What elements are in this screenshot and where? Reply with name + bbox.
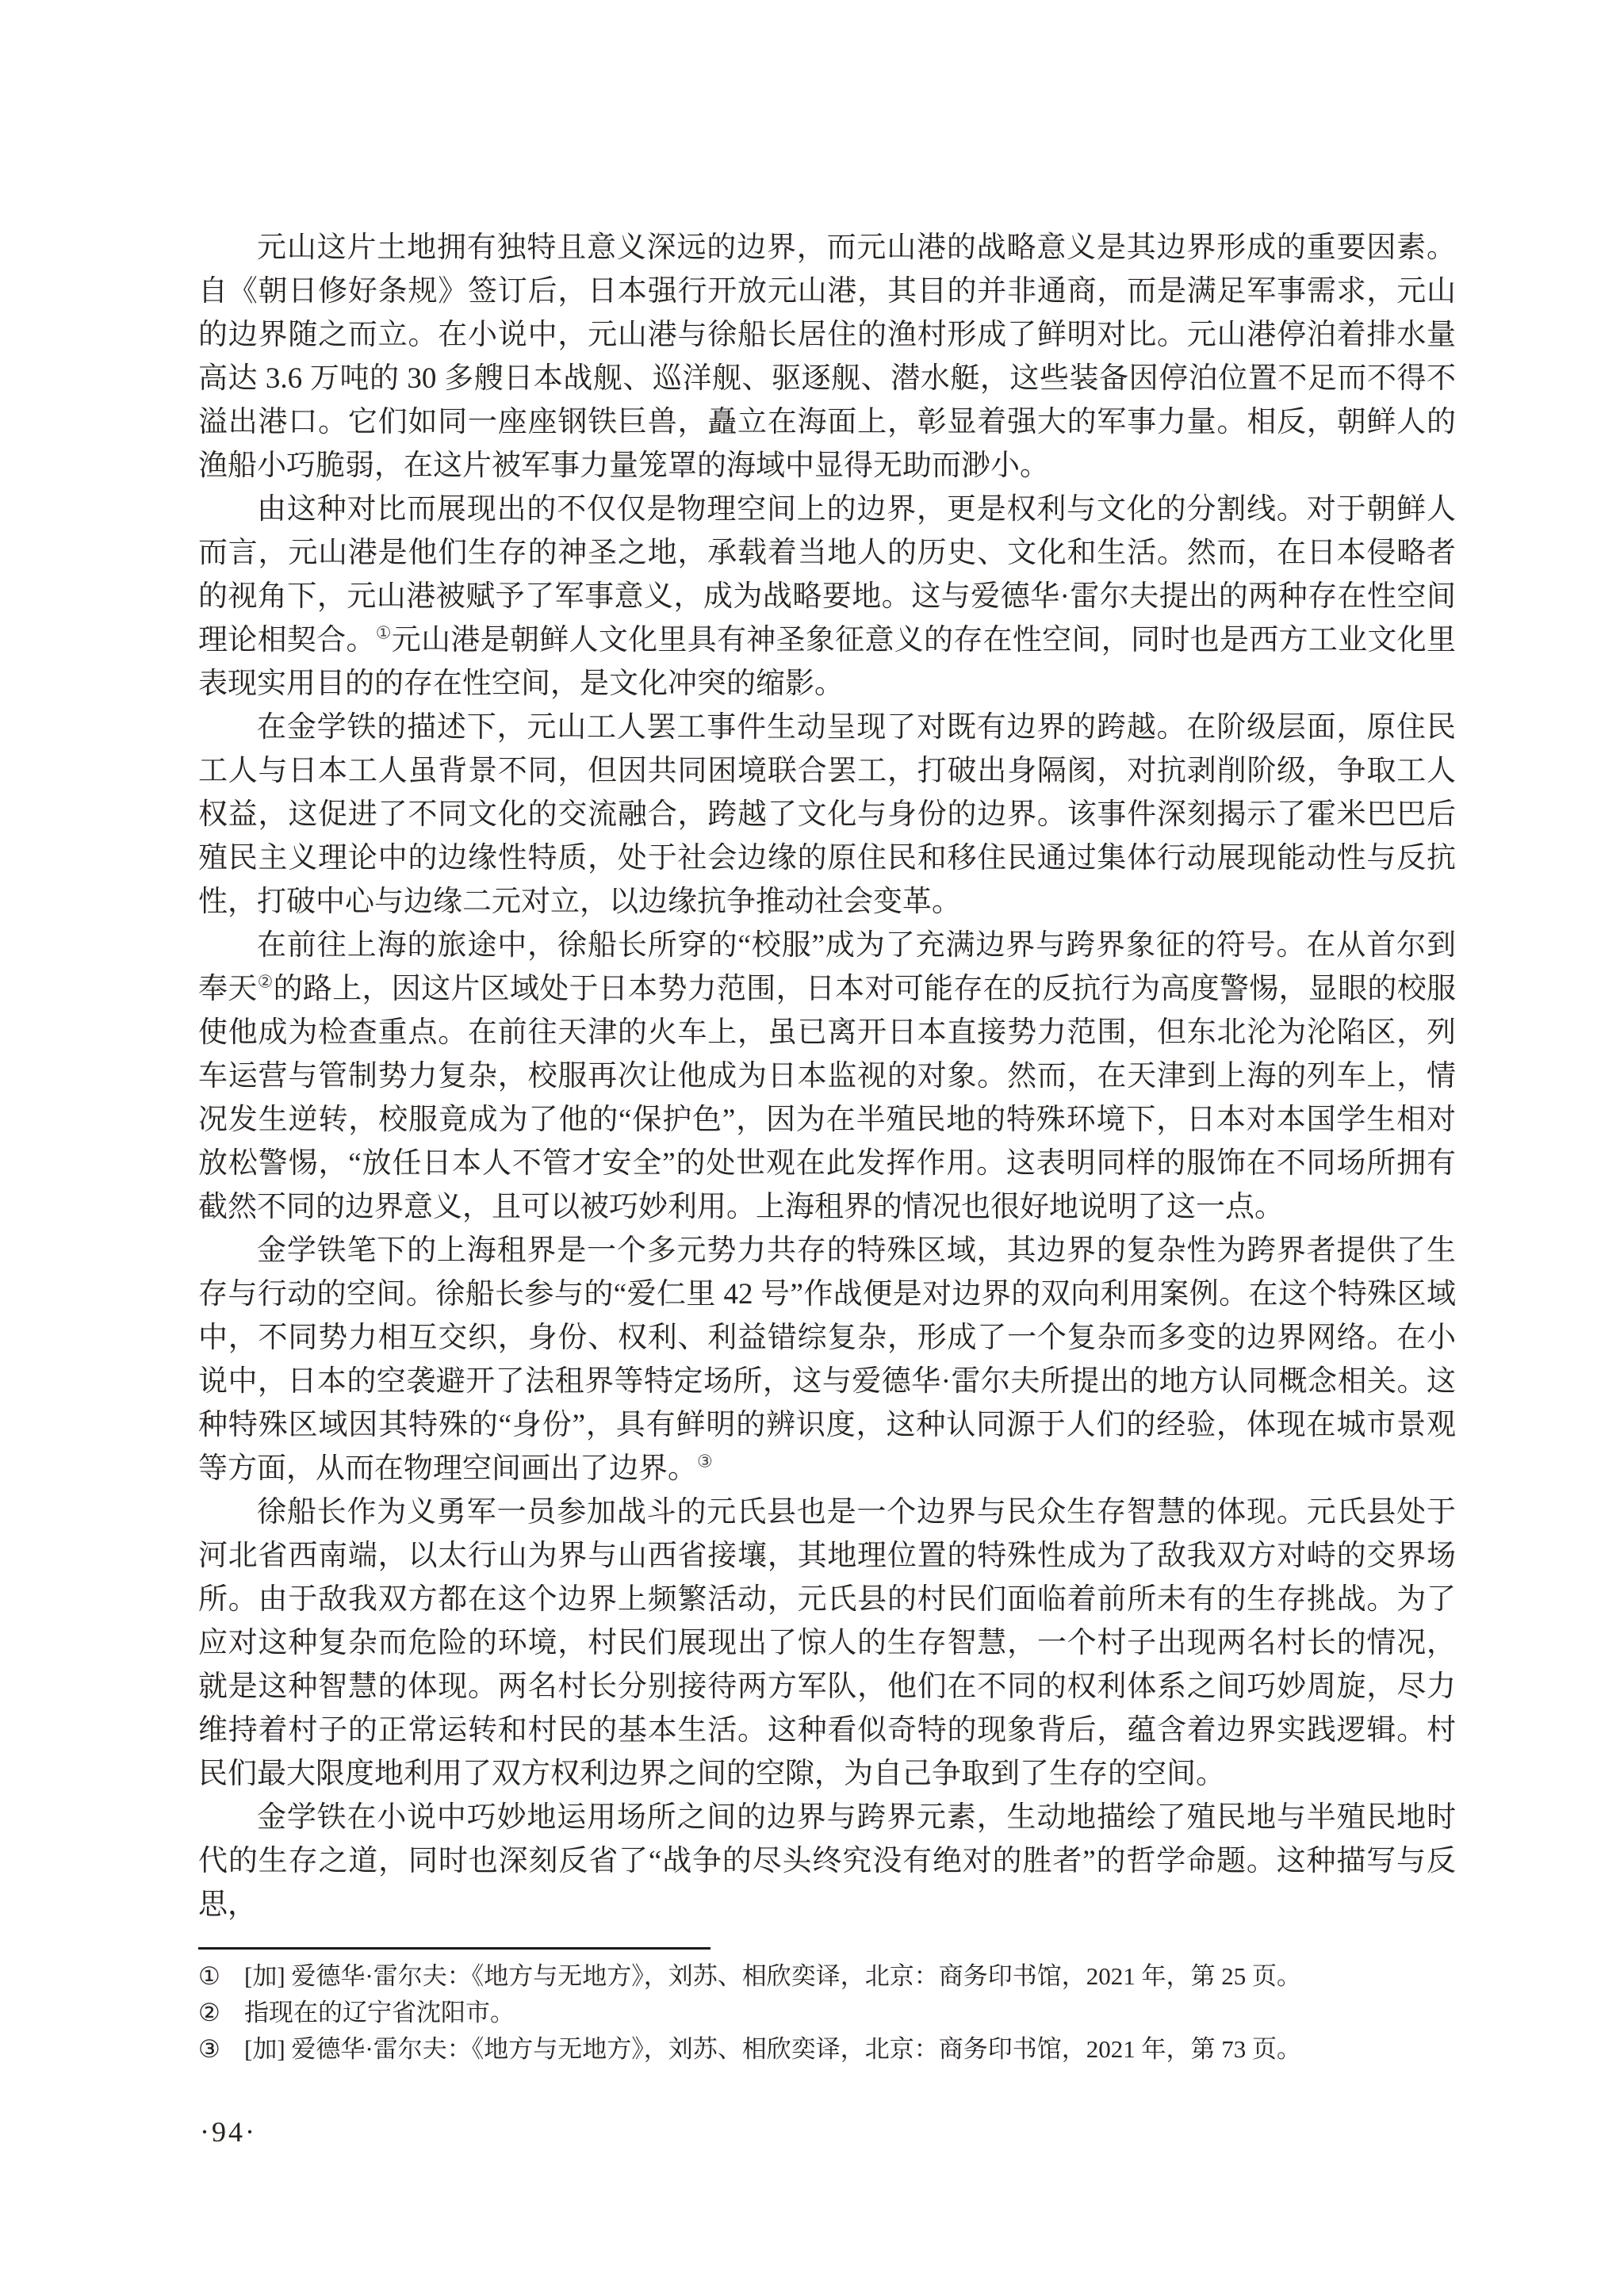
paragraph: 金学铁笔下的上海租界是一个多元势力共存的特殊区域，其边界的复杂性为跨界者提供了生… bbox=[198, 1229, 1456, 1490]
paragraph: 徐船长作为义勇军一员参加战斗的元氏县也是一个边界与民众生存智慧的体现。元氏县处于… bbox=[198, 1490, 1456, 1796]
paragraph-text: 金学铁笔下的上海租界是一个多元势力共存的特殊区域，其边界的复杂性为跨界者提供了生… bbox=[198, 1234, 1456, 1485]
footnote-text: [加] 爱德华·雷尔夫：《地方与无地方》，刘苏、相欣奕译，北京：商务印书馆，20… bbox=[244, 2031, 1456, 2068]
paragraph: 在前往上海的旅途中，徐船长所穿的“校服”成为了充满边界与跨界象征的符号。在从首尔… bbox=[198, 924, 1456, 1229]
footnote-marker: ③ bbox=[198, 2031, 244, 2068]
footnote-marker: ① bbox=[198, 1958, 244, 1995]
footnote-list: ①[加] 爱德华·雷尔夫：《地方与无地方》，刘苏、相欣奕译，北京：商务印书馆，2… bbox=[198, 1958, 1456, 2068]
footnote-text: [加] 爱德华·雷尔夫：《地方与无地方》，刘苏、相欣奕译，北京：商务印书馆，20… bbox=[244, 1958, 1456, 1995]
document-page: 元山这片土地拥有独特且意义深远的边界，而元山港的战略意义是其边界形成的重要因素。… bbox=[0, 0, 1624, 2296]
paragraph: 在金学铁的描述下，元山工人罢工事件生动呈现了对既有边界的跨越。在阶级层面，原住民… bbox=[198, 706, 1456, 924]
paragraph-text: 金学铁在小说中巧妙地运用场所之间的边界与跨界元素，生动地描绘了殖民地与半殖民地时… bbox=[198, 1801, 1456, 1921]
paragraph-text: 的路上，因这片区域处于日本势力范围，日本对可能存在的反抗行为高度警惕，显眼的校服… bbox=[198, 973, 1456, 1223]
footnote-item: ②指现在的辽宁省沈阳市。 bbox=[198, 1995, 1456, 2031]
footnote-item: ①[加] 爱德华·雷尔夫：《地方与无地方》，刘苏、相欣奕译，北京：商务印书馆，2… bbox=[198, 1958, 1456, 1995]
footnote-text: 指现在的辽宁省沈阳市。 bbox=[244, 1995, 1456, 2031]
footnote-ref: ② bbox=[258, 972, 274, 992]
footnote-separator bbox=[198, 1947, 710, 1950]
paragraph: 由这种对比而展现出的不仅仅是物理空间上的边界，更是权利与文化的分割线。对于朝鲜人… bbox=[198, 488, 1456, 706]
paragraph-text: 在金学铁的描述下，元山工人罢工事件生动呈现了对既有边界的跨越。在阶级层面，原住民… bbox=[198, 711, 1456, 918]
footnote-item: ③[加] 爱德华·雷尔夫：《地方与无地方》，刘苏、相欣奕译，北京：商务印书馆，2… bbox=[198, 2031, 1456, 2068]
paragraph: 元山这片土地拥有独特且意义深远的边界，而元山港的战略意义是其边界形成的重要因素。… bbox=[198, 226, 1456, 488]
article-body: 元山这片土地拥有独特且意义深远的边界，而元山港的战略意义是其边界形成的重要因素。… bbox=[198, 226, 1456, 1927]
footnote-ref: ① bbox=[376, 623, 392, 643]
page-number: ·94· bbox=[200, 2115, 257, 2149]
paragraph: 金学铁在小说中巧妙地运用场所之间的边界与跨界元素，生动地描绘了殖民地与半殖民地时… bbox=[198, 1796, 1456, 1927]
paragraph-text: 元山这片土地拥有独特且意义深远的边界，而元山港的战略意义是其边界形成的重要因素。… bbox=[198, 232, 1456, 482]
footnote-marker: ② bbox=[198, 1995, 244, 2031]
footnote-ref: ③ bbox=[697, 1452, 713, 1471]
paragraph-text: 徐船长作为义勇军一员参加战斗的元氏县也是一个边界与民众生存智慧的体现。元氏县处于… bbox=[198, 1496, 1456, 1790]
